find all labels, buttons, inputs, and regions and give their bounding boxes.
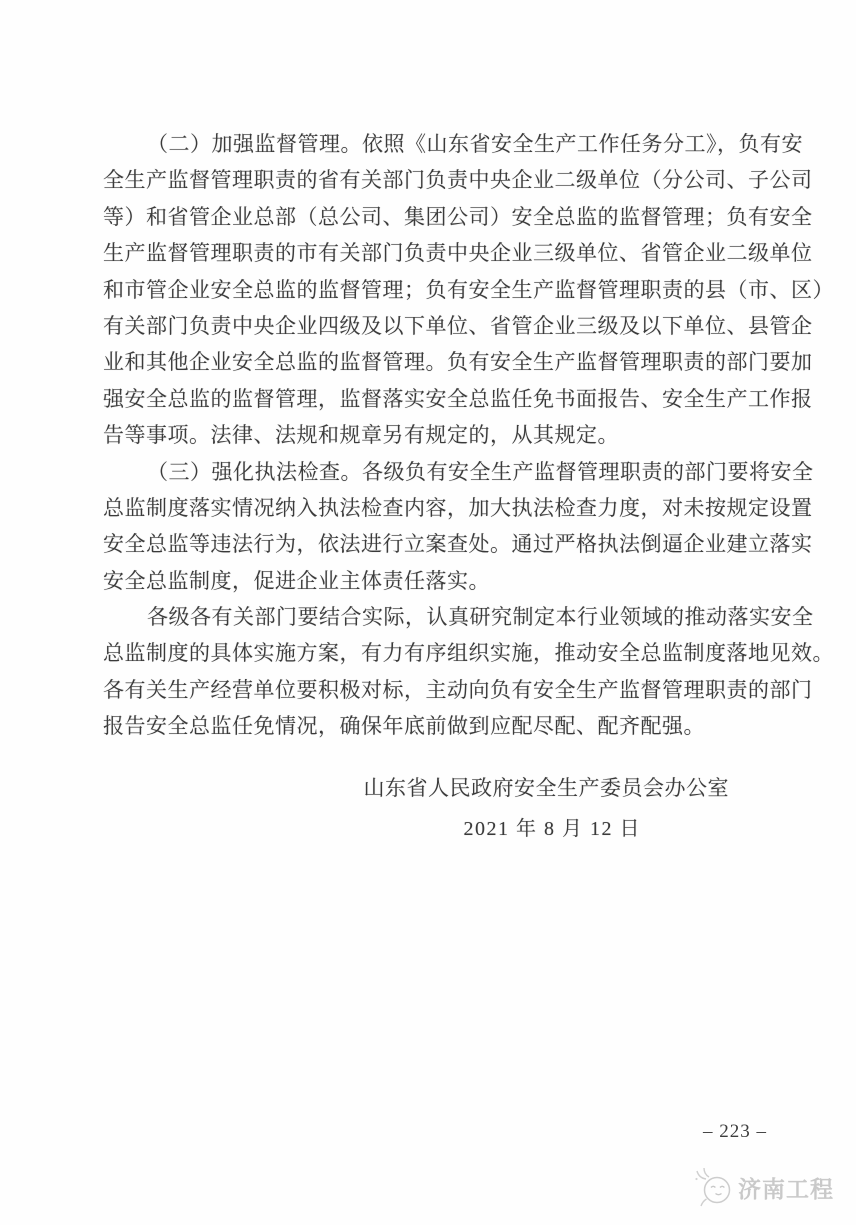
text-line-p2-3: 安全总监等违法行为，依法进行立案查处。通过严格执法倒逼企业建立落实 bbox=[103, 526, 771, 562]
text-line-p3-4: 报告安全总监任免情况，确保年底前做到应配尽配、配齐配强。 bbox=[103, 708, 771, 744]
text-line-p3-3: 各有关生产经营单位要积极对标，主动向负有安全生产监督管理职责的部门 bbox=[103, 672, 771, 708]
text-line-p3-1: 各级各有关部门要结合实际，认真研究制定本行业领域的推动落实安全 bbox=[103, 599, 771, 635]
text-line-p1-5: 和市管企业安全总监的监督管理；负有安全生产监督管理职责的县（市、区） bbox=[103, 272, 771, 308]
text-line-p1-3: 等）和省管企业总部（总公司、集团公司）安全总监的监督管理；负有安全 bbox=[103, 199, 771, 235]
text-line-p1-1: （二）加强监督管理。依照《山东省安全生产工作任务分工》，负有安 bbox=[103, 126, 771, 162]
watermark: 济南工程 bbox=[693, 1166, 834, 1208]
document-page: （二）加强监督管理。依照《山东省安全生产工作任务分工》，负有安全生产监督管理职责… bbox=[0, 0, 856, 1225]
signature-org: 山东省人民政府安全生产委员会办公室 bbox=[364, 772, 730, 802]
mascot-face-icon bbox=[693, 1166, 733, 1208]
text-line-p2-2: 总监制度落实情况纳入执法检查内容，加大执法检查力度，对未按规定设置 bbox=[103, 490, 771, 526]
text-line-p3-2: 总监制度的具体实施方案，有力有序组织实施，推动安全总监制度落地见效。 bbox=[103, 635, 771, 671]
text-line-p2-4: 安全总监制度，促进企业主体责任落实。 bbox=[103, 563, 771, 599]
text-line-p1-2: 全生产监督管理职责的省有关部门负责中央企业二级单位（分公司、子公司 bbox=[103, 162, 771, 198]
signature-date: 2021 年 8 月 12 日 bbox=[464, 812, 642, 841]
document-body: （二）加强监督管理。依照《山东省安全生产工作任务分工》，负有安全生产监督管理职责… bbox=[103, 126, 771, 745]
text-line-p1-8: 强安全总监的监督管理，监督落实安全总监任免书面报告、安全生产工作报 bbox=[103, 381, 771, 417]
page-number: – 223 – bbox=[703, 1121, 767, 1143]
text-line-p1-9: 告等事项。法律、法规和规章另有规定的，从其规定。 bbox=[103, 417, 771, 453]
text-line-p1-4: 生产监督管理职责的市有关部门负责中央企业三级单位、省管企业二级单位 bbox=[103, 235, 771, 271]
text-line-p1-6: 有关部门负责中央企业四级及以下单位、省管企业三级及以下单位、县管企 bbox=[103, 308, 771, 344]
watermark-text: 济南工程 bbox=[738, 1171, 834, 1204]
text-line-p2-1: （三）强化执法检查。各级负有安全生产监督管理职责的部门要将安全 bbox=[103, 454, 771, 490]
text-line-p1-7: 业和其他企业安全总监的监督管理。负有安全生产监督管理职责的部门要加 bbox=[103, 344, 771, 380]
